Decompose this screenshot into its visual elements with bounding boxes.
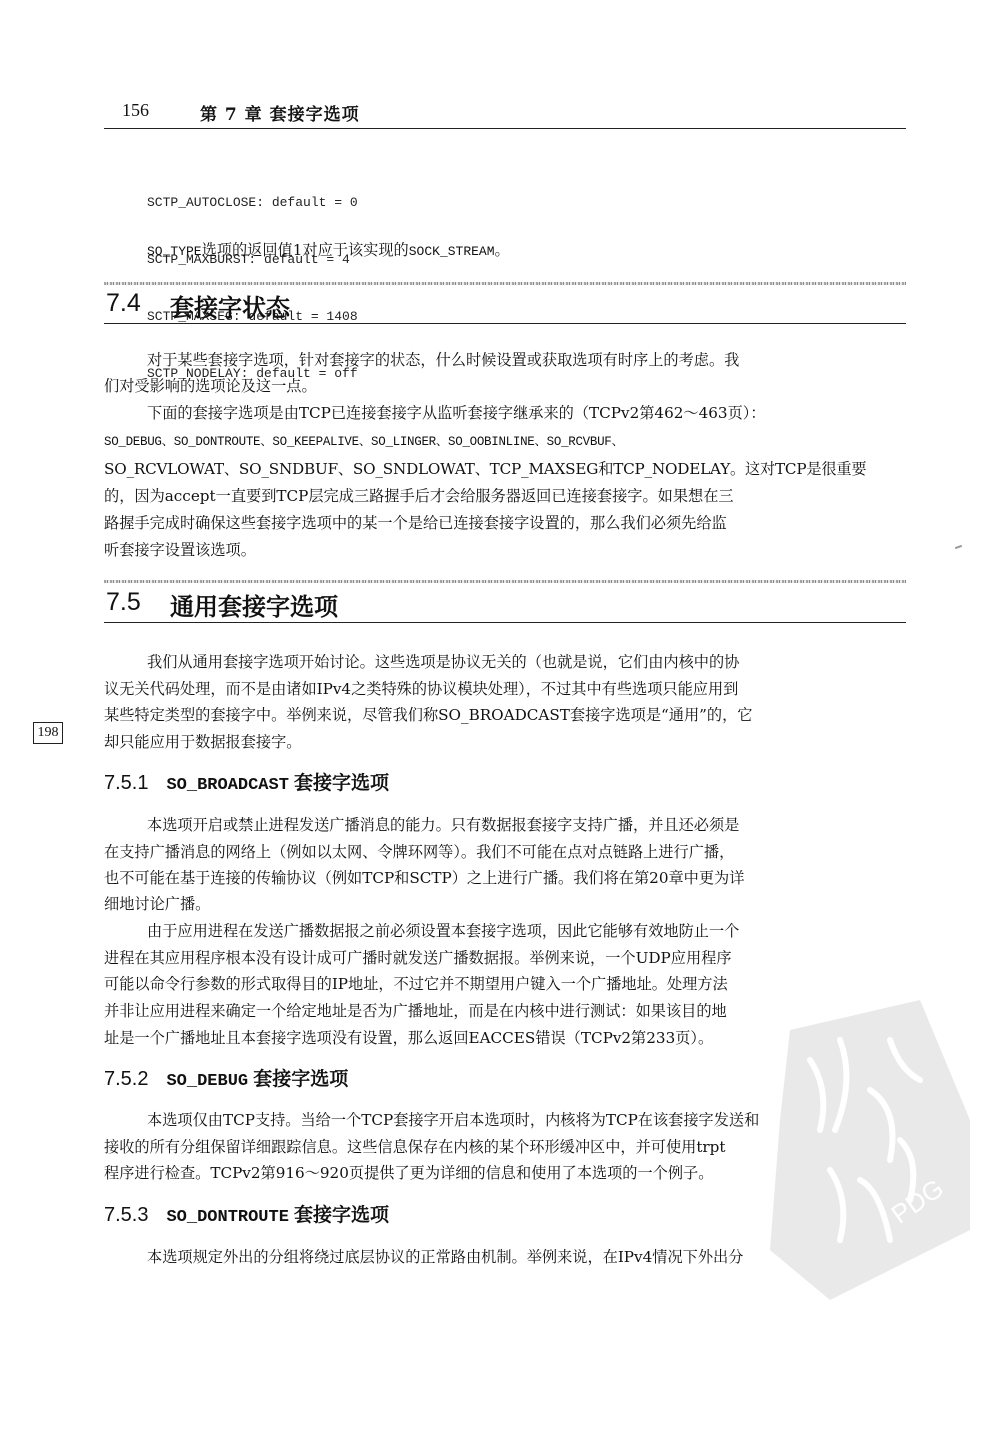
paragraph-line: 本选项开启或禁止进程发送广播消息的能力。只有数据报套接字支持广播，并且还必须是 bbox=[147, 815, 739, 835]
paragraph-line: 某些特定类型的套接字中。举例来说，尽管我们称SO_BROADCAST套接字选项是… bbox=[104, 705, 752, 725]
paragraph-line: 路握手完成时确保这些套接字选项中的某一个是给已连接套接字设置的，那么我们必须先给… bbox=[104, 513, 727, 533]
scan-mark bbox=[955, 545, 962, 549]
paragraph-line: 进程在其应用程序根本没有设计成可广播时就发送广播数据报。举例来说，一个UDP应用… bbox=[104, 948, 732, 968]
paragraph-line: 并非让应用进程来确定一个给定地址是否为广播地址，而是在内核中进行测试：如果该目的… bbox=[104, 1001, 727, 1021]
section-heading-7-4: 7.4 套接字状态 bbox=[104, 289, 906, 324]
paragraph-line: 的，因为accept一直要到TCP层完成三路握手后才会给服务器返回已连接套接字。… bbox=[104, 486, 734, 506]
paragraph-line: 听套接字设置该选项。 bbox=[104, 540, 256, 560]
paragraph-line: SO_DEBUG、SO_DONTROUTE、SO_KEEPALIVE、SO_LI… bbox=[104, 432, 624, 452]
subsection-number: 7.5.1 bbox=[104, 772, 148, 794]
intro-note: SO_TYPE选项的返回值1对应于该实现的SOCK_STREAM。 bbox=[147, 240, 510, 262]
section-title: 套接字状态 bbox=[170, 288, 290, 323]
paragraph-line: 下面的套接字选项是由TCP已连接套接字从监听套接字继承来的（TCPv2第462～… bbox=[147, 403, 766, 423]
code-line: SCTP_AUTOCLOSE: default = 0 bbox=[147, 193, 358, 212]
subsection-heading-7-5-1: 7.5.1SO_BROADCAST 套接字选项 bbox=[104, 768, 389, 796]
subsection-code: SO_DONTROUTE bbox=[166, 1208, 288, 1227]
paragraph-line: 对于某些套接字选项，针对套接字的状态，什么时候设置或获取选项有时序上的考虑。我 bbox=[147, 350, 739, 370]
paragraph-line: 可能以命令行参数的形式取得目的IP地址，不过它并不期望用户键入一个广播地址。处理… bbox=[104, 974, 728, 994]
running-header: 156 第 7 章 套接字选项 bbox=[104, 98, 906, 129]
paragraph-line: 在支持广播消息的网络上（例如以太网、令牌环网等）。我们不可能在点对点链路上进行广… bbox=[104, 842, 734, 862]
subsection-code: SO_BROADCAST bbox=[166, 776, 288, 795]
paragraph-line: 细地讨论广播。 bbox=[104, 894, 210, 914]
page-number: 156 bbox=[122, 100, 149, 121]
chapter-title: 第 7 章 套接字选项 bbox=[200, 100, 360, 125]
inline-code: SOCK_STREAM bbox=[409, 244, 495, 259]
section-number: 7.4 bbox=[106, 289, 141, 318]
subsection-heading-7-5-2: 7.5.2SO_DEBUG 套接字选项 bbox=[104, 1064, 348, 1092]
paragraph-line: 程序进行检查。TCPv2第916～920页提供了更为详细的信息和使用了本选项的一… bbox=[104, 1163, 713, 1183]
note-text: 。 bbox=[495, 241, 510, 259]
subsection-heading-7-5-3: 7.5.3SO_DONTROUTE 套接字选项 bbox=[104, 1200, 389, 1228]
section-title: 通用套接字选项 bbox=[170, 587, 338, 622]
section-heading-7-5: 7.5 通用套接字选项 bbox=[104, 588, 906, 623]
paragraph-line: 们对受影响的选项论及这一点。 bbox=[104, 376, 317, 396]
paragraph-line: 也不可能在基于连接的传输协议（例如TCP和SCTP）之上进行广播。我们将在第20… bbox=[104, 868, 744, 888]
section-rule-dotted bbox=[104, 580, 906, 583]
original-page-marker: 198 bbox=[33, 722, 63, 744]
paragraph-line: 议无关代码处理，而不是由诸如IPv4之类特殊的协议模块处理），不过其中有些选项只… bbox=[104, 679, 738, 699]
watermark-seal: PDG bbox=[770, 1000, 970, 1300]
paragraph-line: 接收的所有分组保留详细跟踪信息。这些信息保存在内核的某个环形缓冲区中，并可使用t… bbox=[104, 1137, 726, 1157]
seal-icon: PDG bbox=[770, 1000, 970, 1300]
inline-code: SO_TYPE bbox=[147, 244, 202, 259]
subsection-code: SO_DEBUG bbox=[166, 1072, 248, 1091]
paragraph-line: 我们从通用套接字选项开始讨论。这些选项是协议无关的（也就是说，它们由内核中的协 bbox=[147, 652, 739, 672]
book-page: 156 第 7 章 套接字选项 SCTP_AUTOCLOSE: default … bbox=[0, 0, 983, 1447]
subsection-title: 套接字选项 bbox=[294, 772, 389, 794]
paragraph-line: 本选项规定外出的分组将绕过底层协议的正常路由机制。举例来说，在IPv4情况下外出… bbox=[147, 1247, 743, 1267]
subsection-number: 7.5.3 bbox=[104, 1204, 148, 1226]
paragraph-line: 却只能应用于数据报套接字。 bbox=[104, 732, 301, 752]
section-number: 7.5 bbox=[106, 588, 141, 617]
subsection-number: 7.5.2 bbox=[104, 1068, 148, 1090]
paragraph-line: 由于应用进程在发送广播数据报之前必须设置本套接字选项，因此它能够有效地防止一个 bbox=[147, 921, 739, 941]
section-rule-dotted bbox=[104, 282, 906, 285]
subsection-title: 套接字选项 bbox=[294, 1204, 389, 1226]
subsection-title: 套接字选项 bbox=[253, 1068, 348, 1090]
note-text: 选项的返回值1对应于该实现的 bbox=[202, 241, 409, 259]
paragraph-line: SO_RCVLOWAT、SO_SNDBUF、SO_SNDLOWAT、TCP_MA… bbox=[104, 459, 866, 479]
paragraph-line: 本选项仅由TCP支持。当给一个TCP套接字开启本选项时，内核将为TCP在该套接字… bbox=[147, 1110, 759, 1130]
paragraph-line: 址是一个广播地址且本套接字选项没有设置，那么返回EACCES错误（TCPv2第2… bbox=[104, 1028, 713, 1048]
